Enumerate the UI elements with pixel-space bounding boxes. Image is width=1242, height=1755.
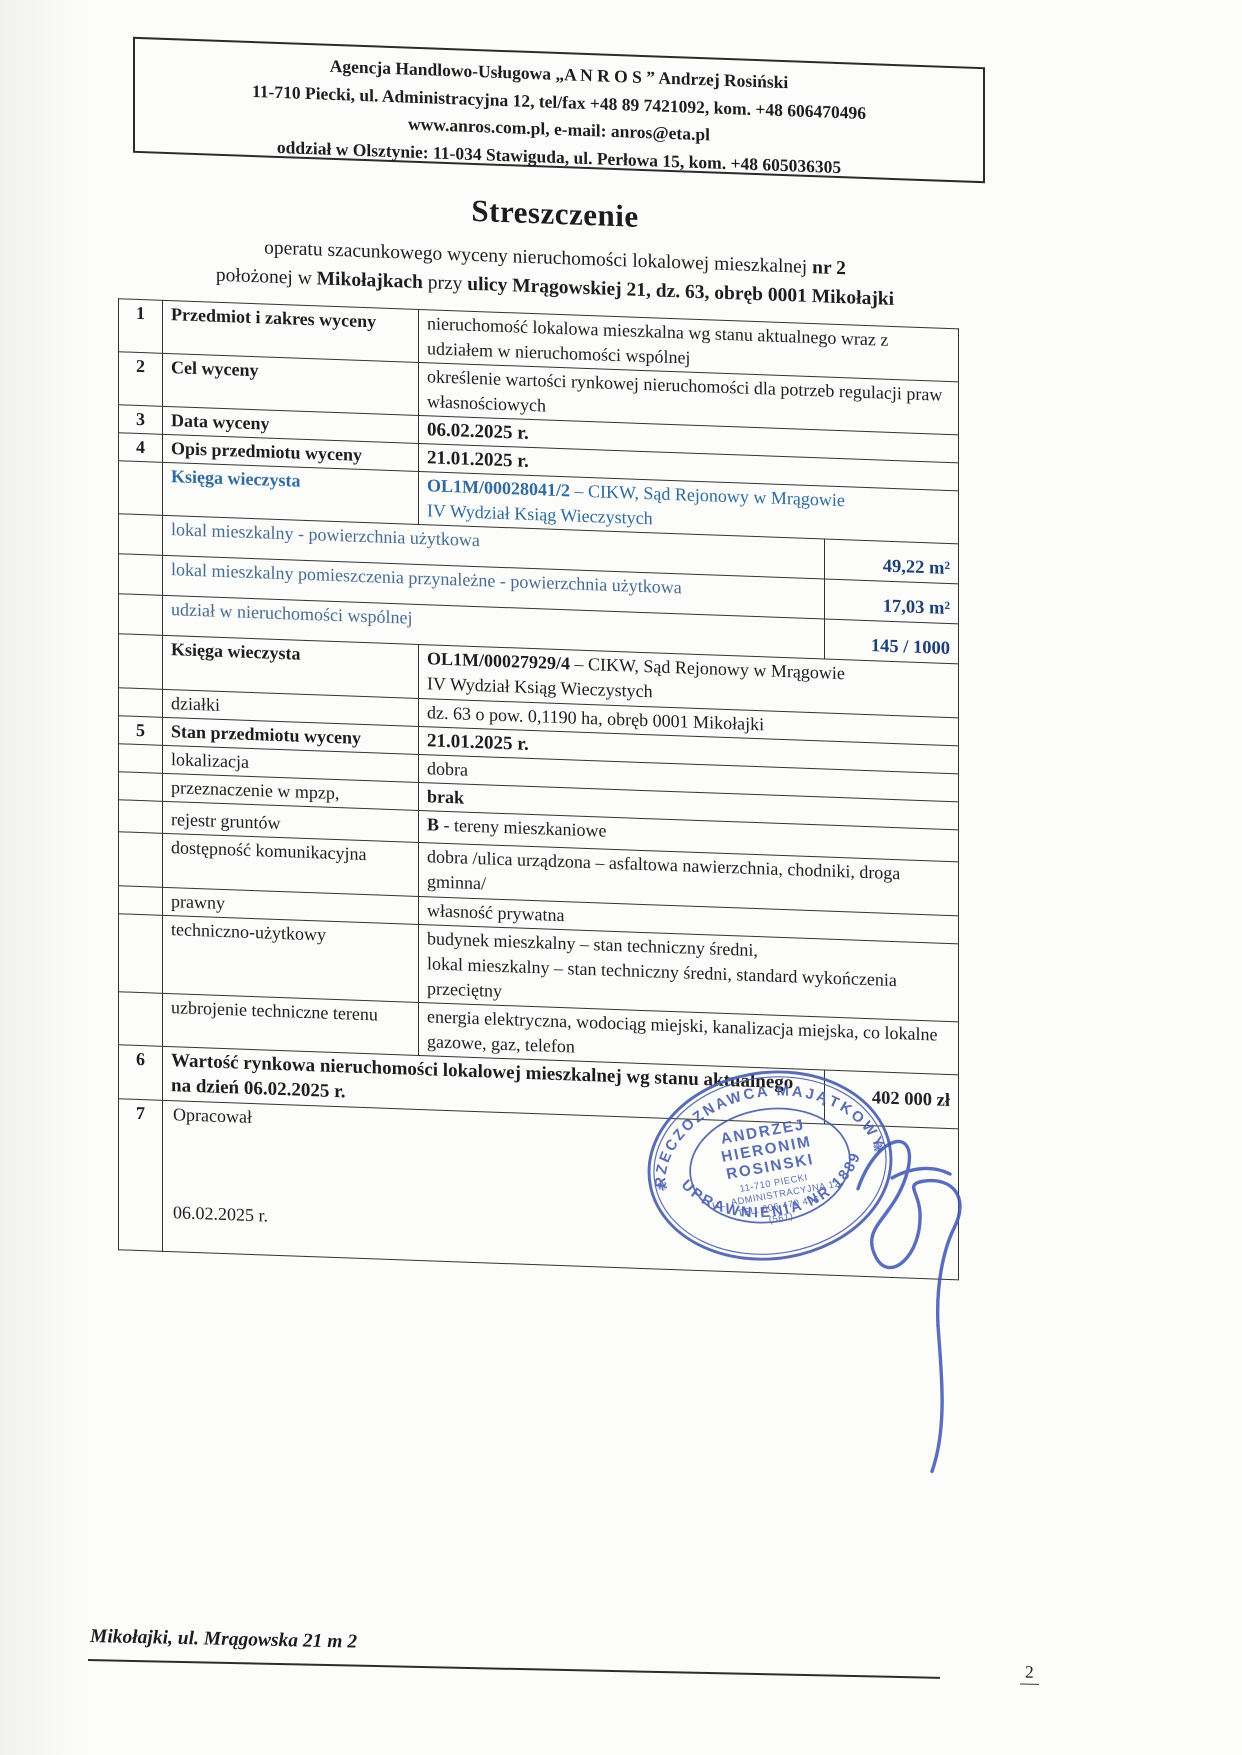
row-label: dostępność komunikacyjna — [163, 833, 419, 896]
row-number — [119, 594, 163, 636]
row-value: 17,03 m² — [825, 579, 959, 624]
row-number — [119, 688, 163, 718]
row-number — [119, 461, 163, 516]
row-number — [119, 886, 163, 916]
row-number — [119, 992, 163, 1047]
row-label: Księga wieczysta — [163, 462, 419, 524]
footer-address: Mikołajki, ul. Mrągowska 21 m 2 — [90, 1626, 357, 1654]
row-number — [119, 514, 163, 556]
row-number: 1 — [119, 299, 163, 354]
handwritten-signature — [828, 1092, 1028, 1499]
row-number — [119, 800, 163, 834]
row-label: Księga wieczysta — [163, 635, 419, 698]
page-footer: Mikołajki, ul. Mrągowska 21 m 2 2 — [88, 1626, 1048, 1726]
row-label: uzbrojenie techniczne terenu — [163, 993, 419, 1055]
row-number — [119, 832, 163, 888]
row-number: 7 — [119, 1099, 163, 1252]
row-number: 6 — [119, 1045, 163, 1101]
row-number: 4 — [119, 433, 163, 463]
opracowal-date: 06.02.2025 r. — [173, 1200, 268, 1228]
row-number: 3 — [119, 405, 163, 435]
row-number — [119, 772, 163, 802]
document-body: Agencja Handlowo-Usługowa „A N R O S ” A… — [0, 0, 1242, 1604]
scanned-document-page: Agencja Handlowo-Usługowa „A N R O S ” A… — [0, 0, 1242, 1755]
row-number — [119, 744, 163, 774]
row-number: 2 — [119, 352, 163, 407]
row-number: 5 — [119, 716, 163, 746]
row-number — [119, 914, 163, 994]
row-label: Przedmiot i zakres wyceny — [163, 300, 419, 362]
row-label: techniczno-użytkowy — [163, 915, 419, 1002]
agency-header-box: Agencja Handlowo-Usługowa „A N R O S ” A… — [133, 37, 985, 183]
page-number: 2 — [1020, 1662, 1039, 1685]
footer-rule — [88, 1659, 940, 1679]
row-value: 49,22 m² — [825, 539, 959, 584]
row-number — [119, 554, 163, 596]
row-label: Cel wyceny — [163, 353, 419, 415]
row-number — [119, 634, 163, 690]
opracowal-label: Opracował — [173, 1102, 252, 1130]
row-value: 145 / 1000 — [825, 619, 959, 664]
